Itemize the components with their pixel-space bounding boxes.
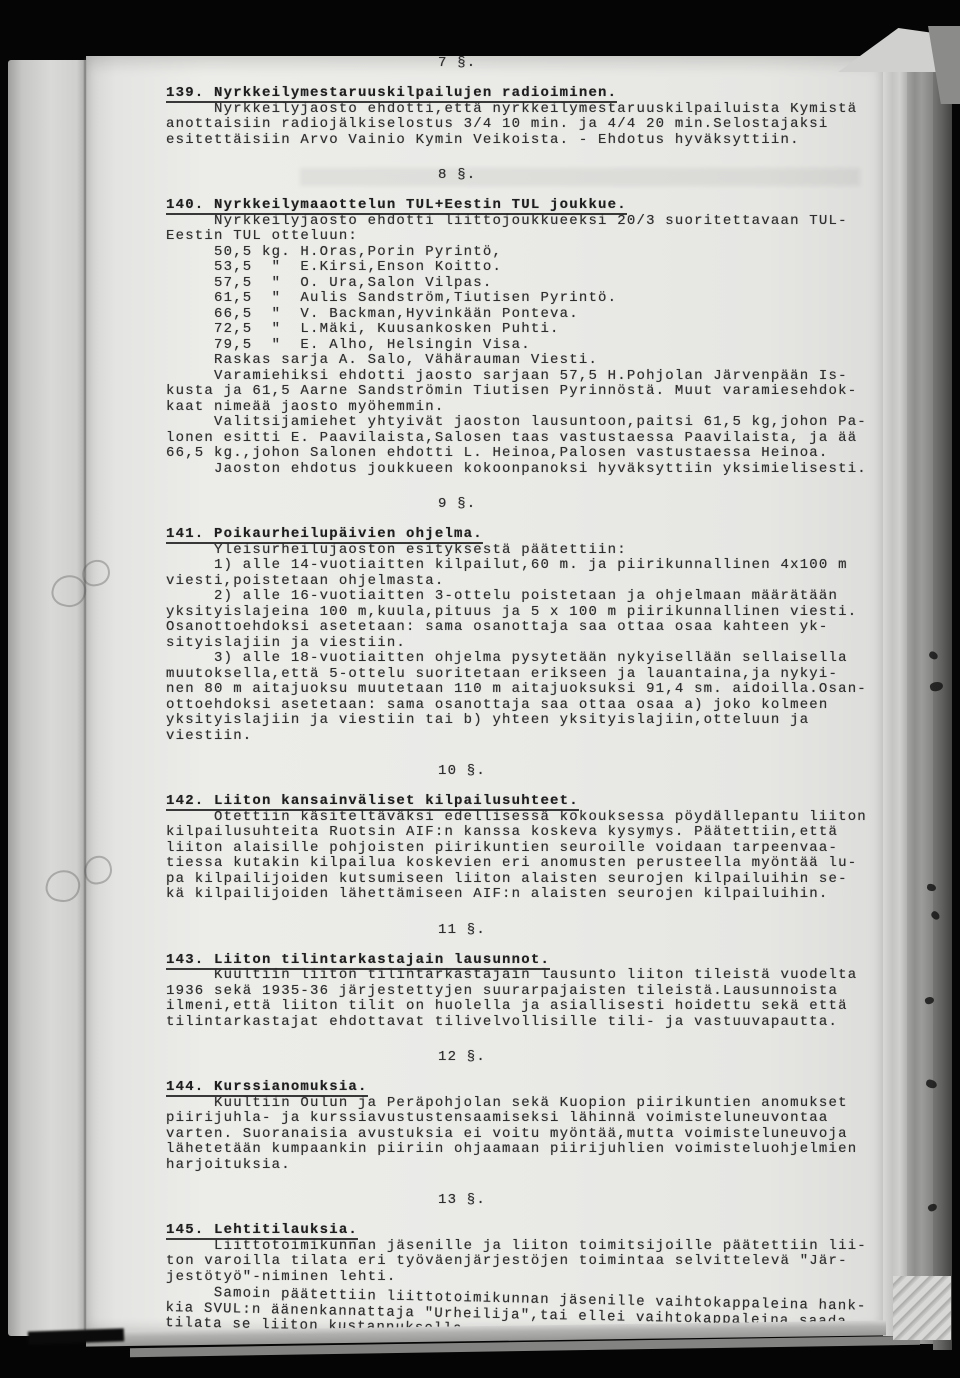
paragraph-symbol: 13 §.: [438, 1193, 882, 1209]
section-heading: 141. Poikaurheilupäivien ohjelma.: [166, 527, 882, 543]
section-body: Nyrkkeilyjaosto ehdotti,että nyrkkeilyme…: [166, 102, 882, 149]
page-gutter-shadow: [84, 58, 86, 1330]
paragraph-symbol: 10 §.: [438, 764, 882, 780]
section-heading: 145. Lehtitilauksia.: [166, 1223, 882, 1239]
document-page: 7 §. 139. Nyrkkeilymestaruuskilpailujen …: [86, 56, 883, 1332]
section-heading: 142. Liiton kansainväliset kilpailusuhte…: [166, 794, 882, 810]
section-body: Kuultiin Oulun ja Peräpohjolan sekä Kuop…: [166, 1096, 882, 1174]
section-body: Nyrkkeilyjaosto ehdotti liittojoukkueeks…: [166, 214, 882, 478]
paragraph-symbol: 7 §.: [438, 56, 882, 72]
section-heading: 139. Nyrkkeilymestaruuskilpailujen radio…: [166, 86, 882, 102]
paragraph-symbol: 9 §.: [438, 497, 882, 513]
section-body: Kuultiin liiton tilintarkastajain lausun…: [166, 968, 882, 1030]
section-heading: 144. Kurssianomuksia.: [166, 1080, 882, 1096]
section-body: Yleisurheilujaoston esityksestä päätetti…: [166, 543, 882, 745]
page-stack-edge: [907, 44, 933, 1344]
section-heading: 143. Liiton tilintarkastajain lausunnot.: [166, 953, 882, 969]
paragraph-symbol: 11 §.: [438, 923, 882, 939]
binding-edge: [933, 40, 952, 1350]
section-heading: 140. Nyrkkeilymaaottelun TUL+Eestin TUL …: [166, 198, 882, 214]
section-body: Liittotoimikunnan jäsenille ja liiton to…: [166, 1239, 882, 1286]
facing-page-edge: [8, 60, 86, 1336]
page-stack-edge: [883, 50, 907, 1336]
section-body: Otettiin käsiteltäväksi edellisessä koko…: [166, 810, 882, 903]
typewritten-minutes: 7 §. 139. Nyrkkeilymestaruuskilpailujen …: [166, 56, 882, 1332]
pencil-ring-mark: [81, 853, 114, 886]
bottom-right-stack-corner: [893, 1276, 951, 1340]
paragraph-symbol: 8 §.: [438, 168, 882, 184]
paragraph-symbol: 12 §.: [438, 1050, 882, 1066]
